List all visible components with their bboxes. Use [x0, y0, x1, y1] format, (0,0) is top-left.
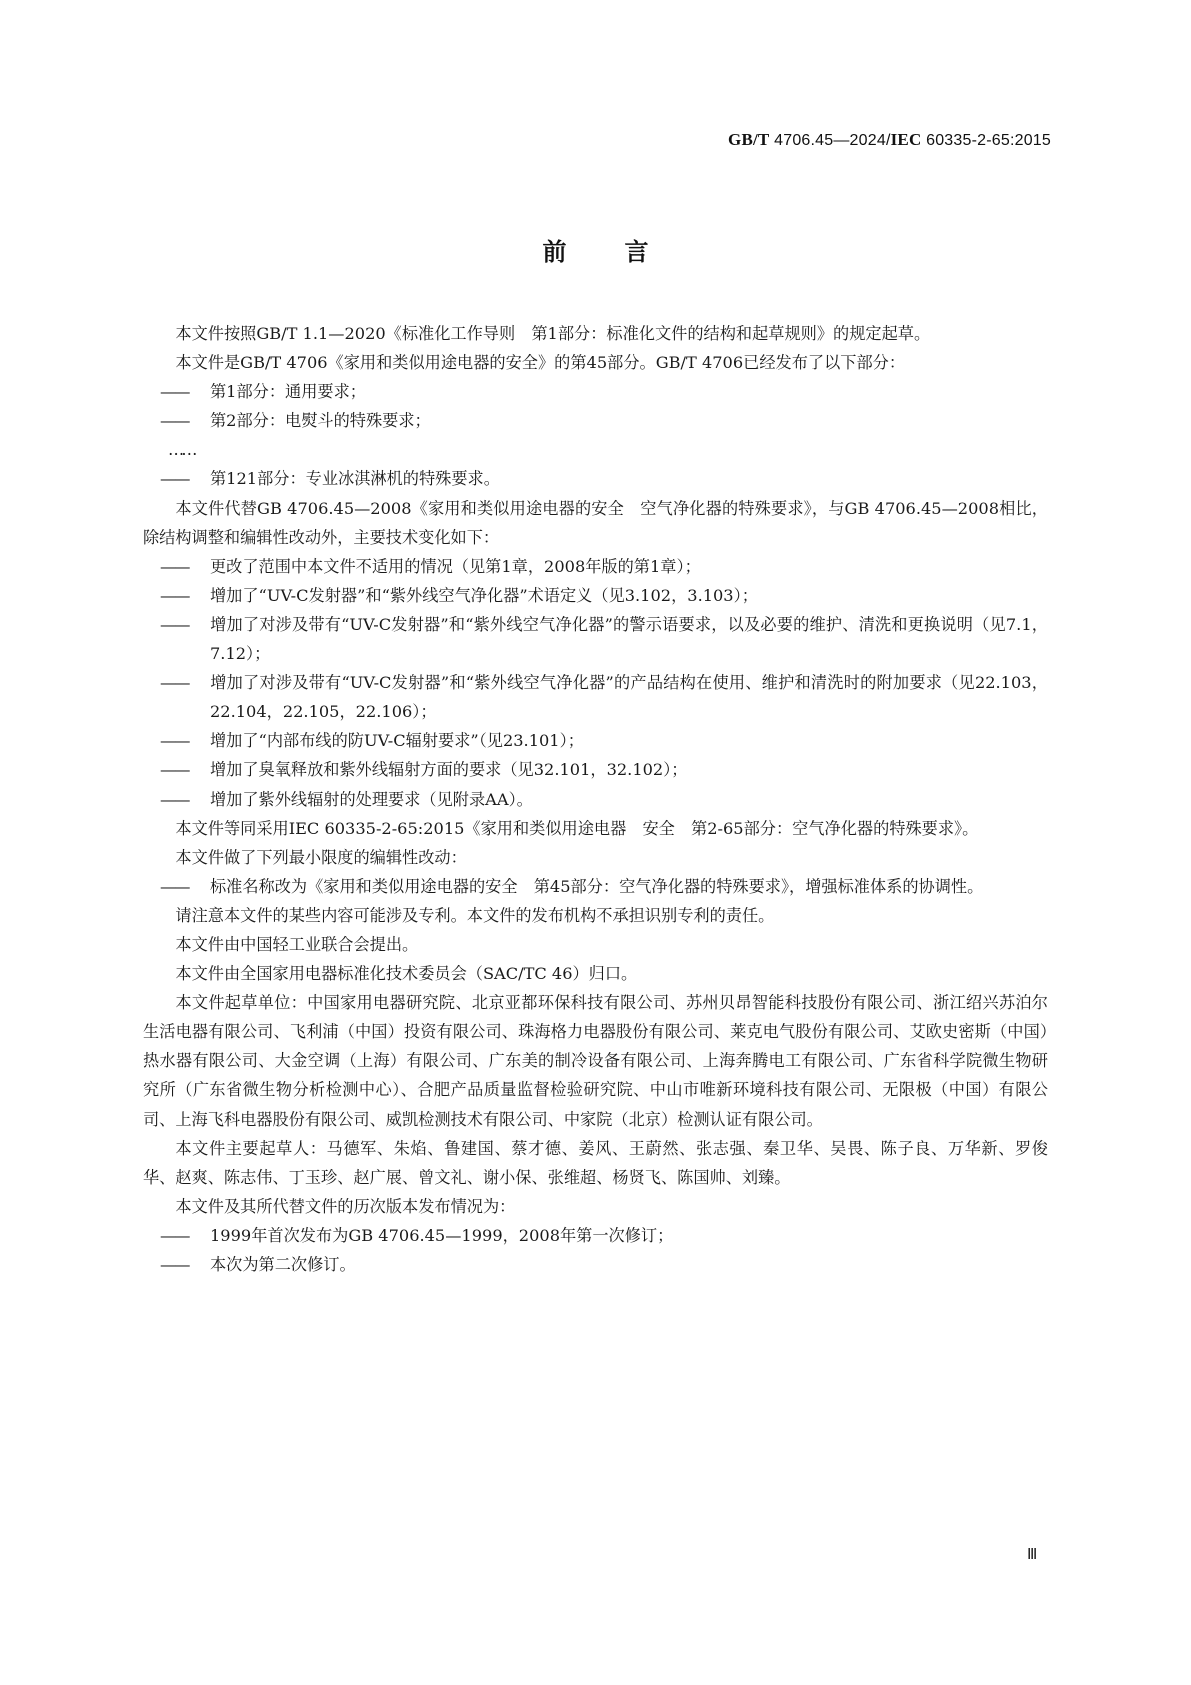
dash-bullet: ——	[185, 1250, 210, 1279]
list-item-text: 本次为第二次修订。	[210, 1255, 356, 1274]
dash-bullet: ——	[185, 755, 210, 784]
list-item: ——增加了紫外线辐射的处理要求（见附录AA）。	[143, 785, 1048, 814]
paragraph: 本文件由全国家用电器标准化技术委员会（SAC/TC 46）归口。	[143, 959, 1048, 988]
dash-bullet: ——	[185, 785, 210, 814]
dash-bullet: ——	[185, 610, 210, 639]
standard-code-header: GB/T 4706.45—2024/IEC 60335-2-65:2015	[728, 130, 1051, 150]
list-item-text: 第121部分：专业冰淇淋机的特殊要求。	[210, 469, 500, 488]
dash-bullet: ——	[185, 668, 210, 697]
list-item-text: 增加了对涉及带有“UV-C发射器”和“紫外线空气净化器”的产品结构在使用、维护和…	[210, 673, 1048, 721]
iec-number: 60335-2-65:2015	[926, 132, 1051, 149]
list-item: ——第1部分：通用要求；	[143, 377, 1048, 406]
dash-bullet: ——	[185, 552, 210, 581]
list-item: ——本次为第二次修订。	[143, 1250, 1048, 1279]
list-item: ——第2部分：电熨斗的特殊要求；	[143, 406, 1048, 435]
list-item-text: 增加了臭氧释放和紫外线辐射方面的要求（见32.101，32.102）；	[210, 760, 688, 779]
list-item-text: 1999年首次发布为GB 4706.45—1999，2008年第一次修订；	[210, 1226, 673, 1245]
list-item: ——更改了范围中本文件不适用的情况（见第1章，2008年版的第1章）；	[143, 552, 1048, 581]
paragraph: 本文件及其所代替文件的历次版本发布情况为：	[143, 1192, 1048, 1221]
list-item: ——增加了对涉及带有“UV-C发射器”和“紫外线空气净化器”的警示语要求，以及必…	[143, 610, 1048, 668]
dash-bullet: ——	[185, 464, 210, 493]
dash-bullet: ——	[185, 726, 210, 755]
document-body: 本文件按照GB/T 1.1—2020《标准化工作导则 第1部分：标准化文件的结构…	[143, 319, 1048, 1279]
list-item: ——增加了臭氧释放和紫外线辐射方面的要求（见32.101，32.102）；	[143, 755, 1048, 784]
paragraph: 本文件由中国轻工业联合会提出。	[143, 930, 1048, 959]
paragraph: 本文件代替GB 4706.45—2008《家用和类似用途电器的安全 空气净化器的…	[143, 494, 1048, 552]
list-item: ——增加了“内部布线的防UV-C辐射要求”（见23.101）；	[143, 726, 1048, 755]
list-item: ——增加了对涉及带有“UV-C发射器”和“紫外线空气净化器”的产品结构在使用、维…	[143, 668, 1048, 726]
paragraph: 本文件是GB/T 4706《家用和类似用途电器的安全》的第45部分。GB/T 4…	[143, 348, 1048, 377]
list-item-text: 增加了对涉及带有“UV-C发射器”和“紫外线空气净化器”的警示语要求，以及必要的…	[210, 615, 1048, 663]
list-item-text: 更改了范围中本文件不适用的情况（见第1章，2008年版的第1章）；	[210, 557, 701, 576]
list-item-text: 增加了“UV-C发射器”和“紫外线空气净化器”术语定义（见3.102，3.103…	[210, 586, 758, 605]
list-item-text: 标准名称改为《家用和类似用途电器的安全 第45部分：空气净化器的特殊要求》，增强…	[210, 877, 983, 896]
paragraph: 本文件做了下列最小限度的编辑性改动：	[143, 843, 1048, 872]
dash-bullet: ——	[185, 872, 210, 901]
list-item-text: 第2部分：电熨斗的特殊要求；	[210, 411, 431, 430]
dash-bullet: ——	[185, 406, 210, 435]
list-item: ——增加了“UV-C发射器”和“紫外线空气净化器”术语定义（见3.102，3.1…	[143, 581, 1048, 610]
dash-bullet: ——	[185, 1221, 210, 1250]
page-number: Ⅲ	[1027, 1545, 1036, 1564]
paragraph: 本文件起草单位：中国家用电器研究院、北京亚都环保科技有限公司、苏州贝昂智能科技股…	[143, 988, 1048, 1133]
list-item-text: 第1部分：通用要求；	[210, 382, 366, 401]
list-item: ——1999年首次发布为GB 4706.45—1999，2008年第一次修订；	[143, 1221, 1048, 1250]
list-ellipsis: ……	[143, 435, 1048, 464]
paragraph: 本文件等同采用IEC 60335-2-65:2015《家用和类似用途电器 安全 …	[143, 814, 1048, 843]
paragraph: 请注意本文件的某些内容可能涉及专利。本文件的发布机构不承担识别专利的责任。	[143, 901, 1048, 930]
list-item: ——第121部分：专业冰淇淋机的特殊要求。	[143, 464, 1048, 493]
standard-prefix: GB/T	[728, 130, 769, 149]
standard-number: 4706.45—2024/	[774, 132, 890, 149]
dash-bullet: ——	[185, 377, 210, 406]
page-title: 前言	[0, 232, 1191, 267]
paragraph: 本文件按照GB/T 1.1—2020《标准化工作导则 第1部分：标准化文件的结构…	[143, 319, 1048, 348]
list-item-text: 增加了“内部布线的防UV-C辐射要求”（见23.101）；	[210, 731, 584, 750]
iec-prefix: IEC	[891, 130, 922, 149]
dash-bullet: ——	[185, 581, 210, 610]
list-item: ——标准名称改为《家用和类似用途电器的安全 第45部分：空气净化器的特殊要求》，…	[143, 872, 1048, 901]
paragraph: 本文件主要起草人：马德军、朱焰、鲁建国、蔡才德、姜风、王蔚然、张志强、秦卫华、吴…	[143, 1134, 1048, 1192]
list-item-text: 增加了紫外线辐射的处理要求（见附录AA）。	[210, 790, 533, 809]
